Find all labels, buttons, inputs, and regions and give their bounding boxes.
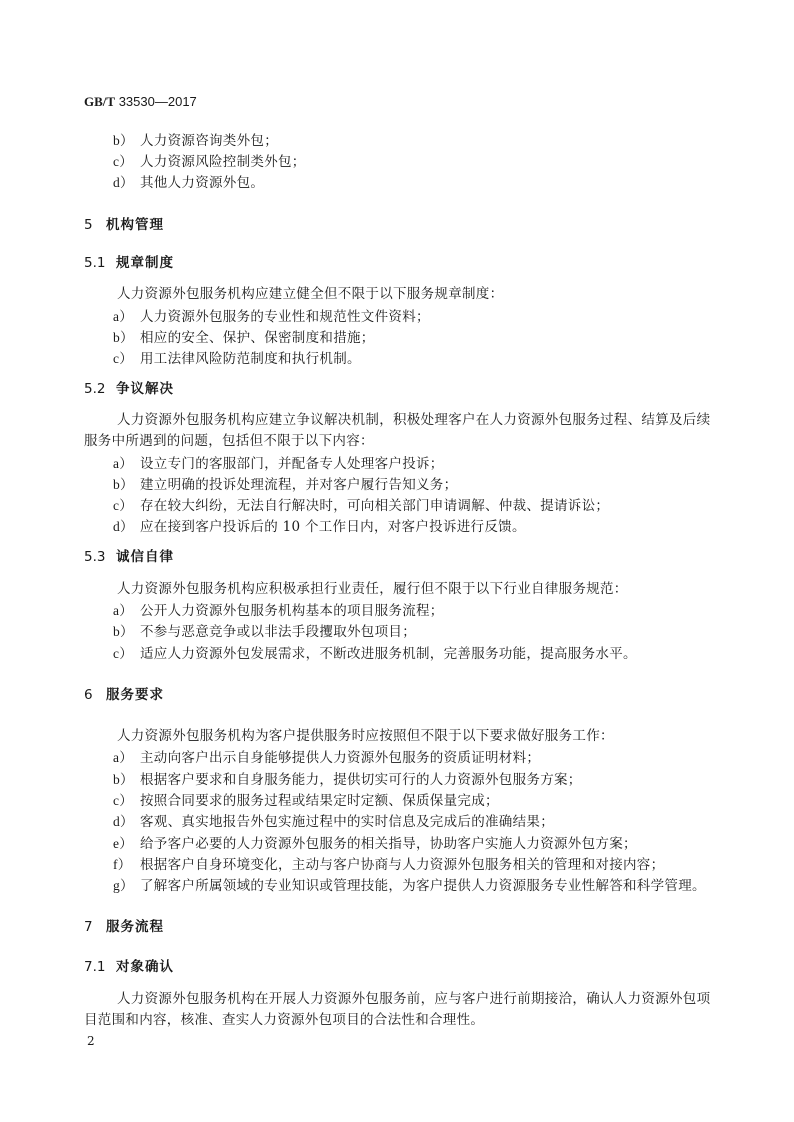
list-item: b）人力资源咨询类外包；	[113, 130, 278, 152]
list-item: b）建立明确的投诉处理流程，并对客户履行告知义务；	[113, 474, 457, 496]
section-heading-5-3: 5.3诚信自律	[84, 547, 174, 568]
section-heading-5-1: 5.1规章制度	[84, 253, 174, 274]
standard-number: 33530—2017	[119, 94, 197, 109]
standard-prefix: GB/T	[84, 94, 115, 109]
paragraph: 人力资源外包服务机构应建立健全但不限于以下服务规章制度：	[84, 284, 724, 305]
list-item: f）根据客户自身环境变化，主动与客户协商与人力资源外包服务相关的管理和对接内容；	[113, 854, 664, 876]
list-item: d）应在接到客户投诉后的 10 个工作日内，对客户投诉进行反馈。	[113, 516, 526, 538]
list-item: a）公开人力资源外包服务机构基本的项目服务流程；	[113, 600, 444, 622]
list-item: d）客观、真实地报告外包实施过程中的实时信息及完成后的准确结果；	[113, 811, 554, 833]
paragraph: 人力资源外包服务机构应积极承担行业责任，履行但不限于以下行业自律服务规范：	[84, 579, 724, 600]
section-heading-5-2: 5.2争议解决	[84, 379, 174, 400]
list-item: a）设立专门的客服部门，并配备专人处理客户投诉；	[113, 453, 444, 475]
paragraph: 人力资源外包服务机构在开展人力资源外包服务前，应与客户进行前期接洽，确认人力资源…	[84, 989, 724, 1031]
list-item: b）不参与恶意竞争或以非法手段攫取外包项目；	[113, 621, 416, 643]
section-heading-6: 6服务要求	[84, 685, 164, 706]
list-item: c）适应人力资源外包发展需求，不断改进服务机制，完善服务功能，提高服务水平。	[113, 643, 637, 665]
list-item: c）用工法律风险防范制度和执行机制。	[113, 348, 361, 370]
section-heading-7: 7服务流程	[84, 917, 164, 938]
list-item: a）人力资源外包服务的专业性和规范性文件资料；	[113, 306, 430, 328]
page-number: 2	[87, 1031, 95, 1052]
section-heading-5: 5机构管理	[84, 215, 164, 236]
list-item: d）其他人力资源外包。	[113, 172, 264, 194]
list-item: b）相应的安全、保护、保密制度和措施；	[113, 327, 375, 349]
list-item: c）人力资源风险控制类外包；	[113, 151, 306, 173]
list-item: c）按照合同要求的服务过程或结果定时定额、保质保量完成；	[113, 790, 499, 812]
list-item: e）给予客户必要的人力资源外包服务的相关指导，协助客户实施人力资源外包方案；	[113, 833, 637, 855]
section-heading-7-1: 7.1对象确认	[84, 957, 174, 978]
standard-header: GB/T 33530—2017	[84, 91, 197, 112]
list-item: g）了解客户所属领域的专业知识或管理技能，为客户提供人力资源服务专业性解答和科学…	[113, 875, 706, 897]
list-item: c）存在较大纠纷，无法自行解决时，可向相关部门申请调解、仲裁、提请诉讼；	[113, 495, 609, 517]
paragraph: 人力资源外包服务机构应建立争议解决机制，积极处理客户在人力资源外包服务过程、结算…	[84, 410, 724, 452]
paragraph: 人力资源外包服务机构为客户提供服务时应按照但不限于以下要求做好服务工作：	[84, 726, 724, 747]
list-item: b）根据客户要求和自身服务能力，提供切实可行的人力资源外包服务方案；	[113, 769, 582, 791]
list-item: a）主动向客户出示自身能够提供人力资源外包服务的资质证明材料；	[113, 747, 540, 769]
